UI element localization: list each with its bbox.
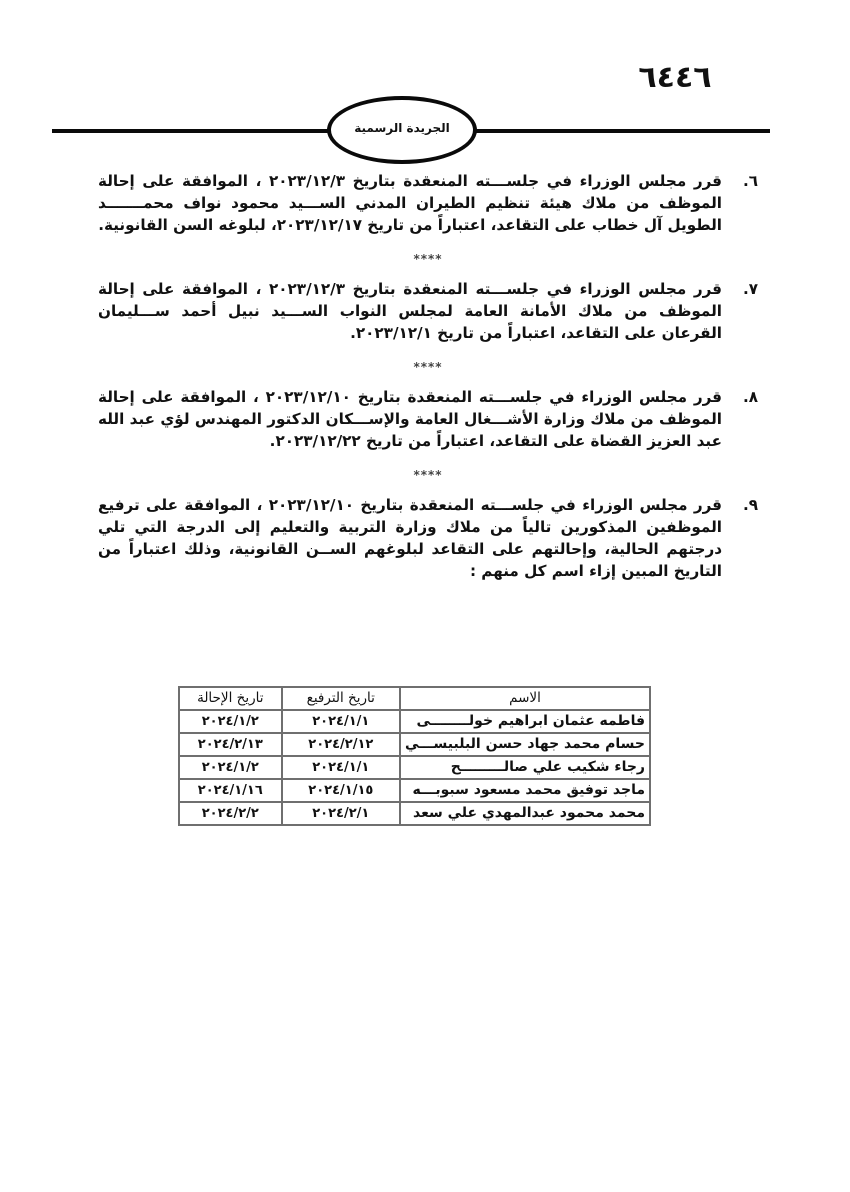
cell-promotion-date: ٢٠٢٤/١/١ (282, 756, 400, 779)
masthead-title: الجريدة الرسمية (354, 121, 450, 135)
decision-7: ٧. قرر مجلس الوزراء في جلســـته المنعقدة… (98, 278, 758, 344)
table-row: رجاء شكيب علي صالـــــــــح ٢٠٢٤/١/١ ٢٠٢… (179, 756, 650, 779)
cell-name: حسام محمد جهاد حسن البلبيســـي (400, 733, 650, 756)
table-row: حسام محمد جهاد حسن البلبيســـي ٢٠٢٤/٢/١٢… (179, 733, 650, 756)
cell-retirement-date: ٢٠٢٤/٢/١٣ (179, 733, 282, 756)
decision-8: ٨. قرر مجلس الوزراء في جلســـته المنعقدة… (98, 386, 758, 452)
masthead-ellipse: الجريدة الرسمية (327, 96, 477, 164)
decision-number: ٩. (722, 494, 758, 516)
separator: **** (98, 248, 758, 278)
decision-6: ٦. قرر مجلس الوزراء في جلســـته المنعقدة… (98, 170, 758, 236)
cell-name: رجاء شكيب علي صالـــــــــح (400, 756, 650, 779)
cell-promotion-date: ٢٠٢٤/٢/١٢ (282, 733, 400, 756)
retirees-table: الاسم تاريخ الترفيع تاريخ الإحالة فاطمه … (178, 686, 651, 826)
cell-name: ماجد توفيق محمد مسعود سبوبـــه (400, 779, 650, 802)
cell-promotion-date: ٢٠٢٤/١/١ (282, 710, 400, 733)
page-number: ٦٤٤٦ (620, 60, 730, 95)
decision-text: قرر مجلس الوزراء في جلســـته المنعقدة بت… (98, 170, 722, 236)
table-row: محمد محمود عبدالمهدي علي سعد ٢٠٢٤/٢/١ ٢٠… (179, 802, 650, 825)
cell-name: محمد محمود عبدالمهدي علي سعد (400, 802, 650, 825)
decision-number: ٦. (722, 170, 758, 192)
separator: **** (98, 464, 758, 494)
decisions-body: ٦. قرر مجلس الوزراء في جلســـته المنعقدة… (98, 170, 758, 582)
decision-9: ٩. قرر مجلس الوزراء في جلســـته المنعقدة… (98, 494, 758, 582)
separator: **** (98, 356, 758, 386)
cell-promotion-date: ٢٠٢٤/٢/١ (282, 802, 400, 825)
decision-text: قرر مجلس الوزراء في جلســـته المنعقدة بت… (98, 386, 722, 452)
table-header-row: الاسم تاريخ الترفيع تاريخ الإحالة (179, 687, 650, 710)
column-header-name: الاسم (400, 687, 650, 710)
column-header-retirement-date: تاريخ الإحالة (179, 687, 282, 710)
column-header-promotion-date: تاريخ الترفيع (282, 687, 400, 710)
table-row: ماجد توفيق محمد مسعود سبوبـــه ٢٠٢٤/١/١٥… (179, 779, 650, 802)
decision-text: قرر مجلس الوزراء في جلســـته المنعقدة بت… (98, 494, 722, 582)
cell-retirement-date: ٢٠٢٤/١/١٦ (179, 779, 282, 802)
cell-name: فاطمه عثمان ابراهيم خولــــــــى (400, 710, 650, 733)
table-row: فاطمه عثمان ابراهيم خولــــــــى ٢٠٢٤/١/… (179, 710, 650, 733)
cell-retirement-date: ٢٠٢٤/١/٢ (179, 710, 282, 733)
decision-number: ٧. (722, 278, 758, 300)
cell-retirement-date: ٢٠٢٤/٢/٢ (179, 802, 282, 825)
decision-text: قرر مجلس الوزراء في جلســـته المنعقدة بت… (98, 278, 722, 344)
cell-promotion-date: ٢٠٢٤/١/١٥ (282, 779, 400, 802)
cell-retirement-date: ٢٠٢٤/١/٢ (179, 756, 282, 779)
decision-number: ٨. (722, 386, 758, 408)
